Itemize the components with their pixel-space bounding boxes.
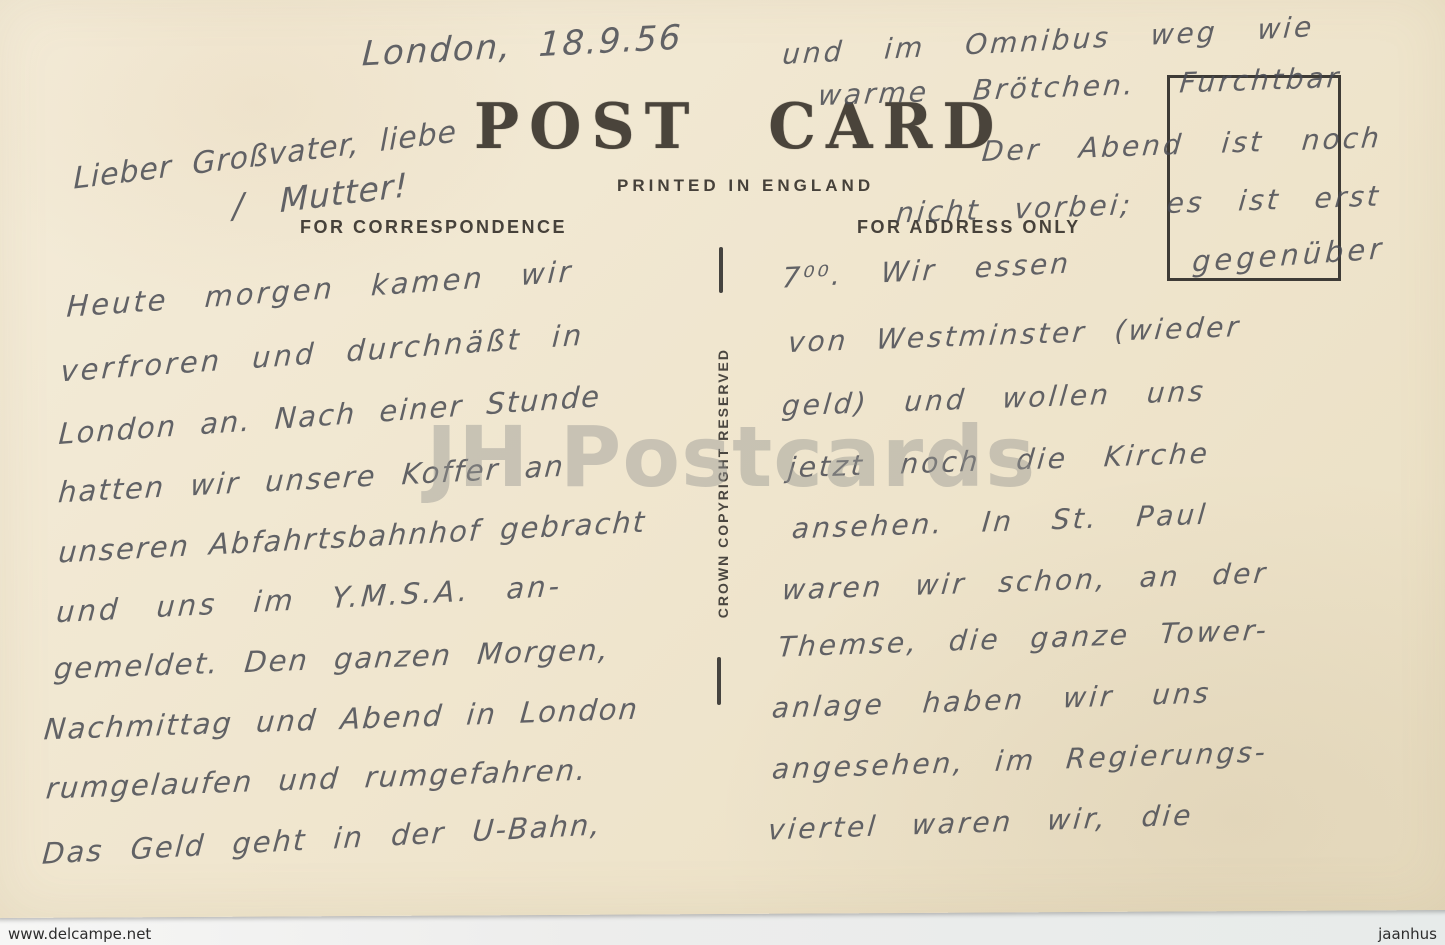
center-divider-top — [719, 247, 723, 293]
delcampe-url-text: www.delcampe.net — [8, 925, 151, 943]
for-correspondence-label: FOR CORRESPONDENCE — [300, 217, 567, 238]
crown-copyright-vertical-label: CROWN COPYRIGHT RESERVED — [710, 345, 736, 621]
jaanhus-text: jaanhus — [1378, 925, 1437, 943]
crown-copyright-text: CROWN COPYRIGHT RESERVED — [715, 348, 731, 618]
scanned-postcard-image: POST CARD PRINTED IN ENGLAND FOR CORRESP… — [0, 0, 1445, 945]
printed-in-england-label: PRINTED IN ENGLAND — [617, 176, 874, 196]
center-divider-bottom — [717, 657, 721, 705]
